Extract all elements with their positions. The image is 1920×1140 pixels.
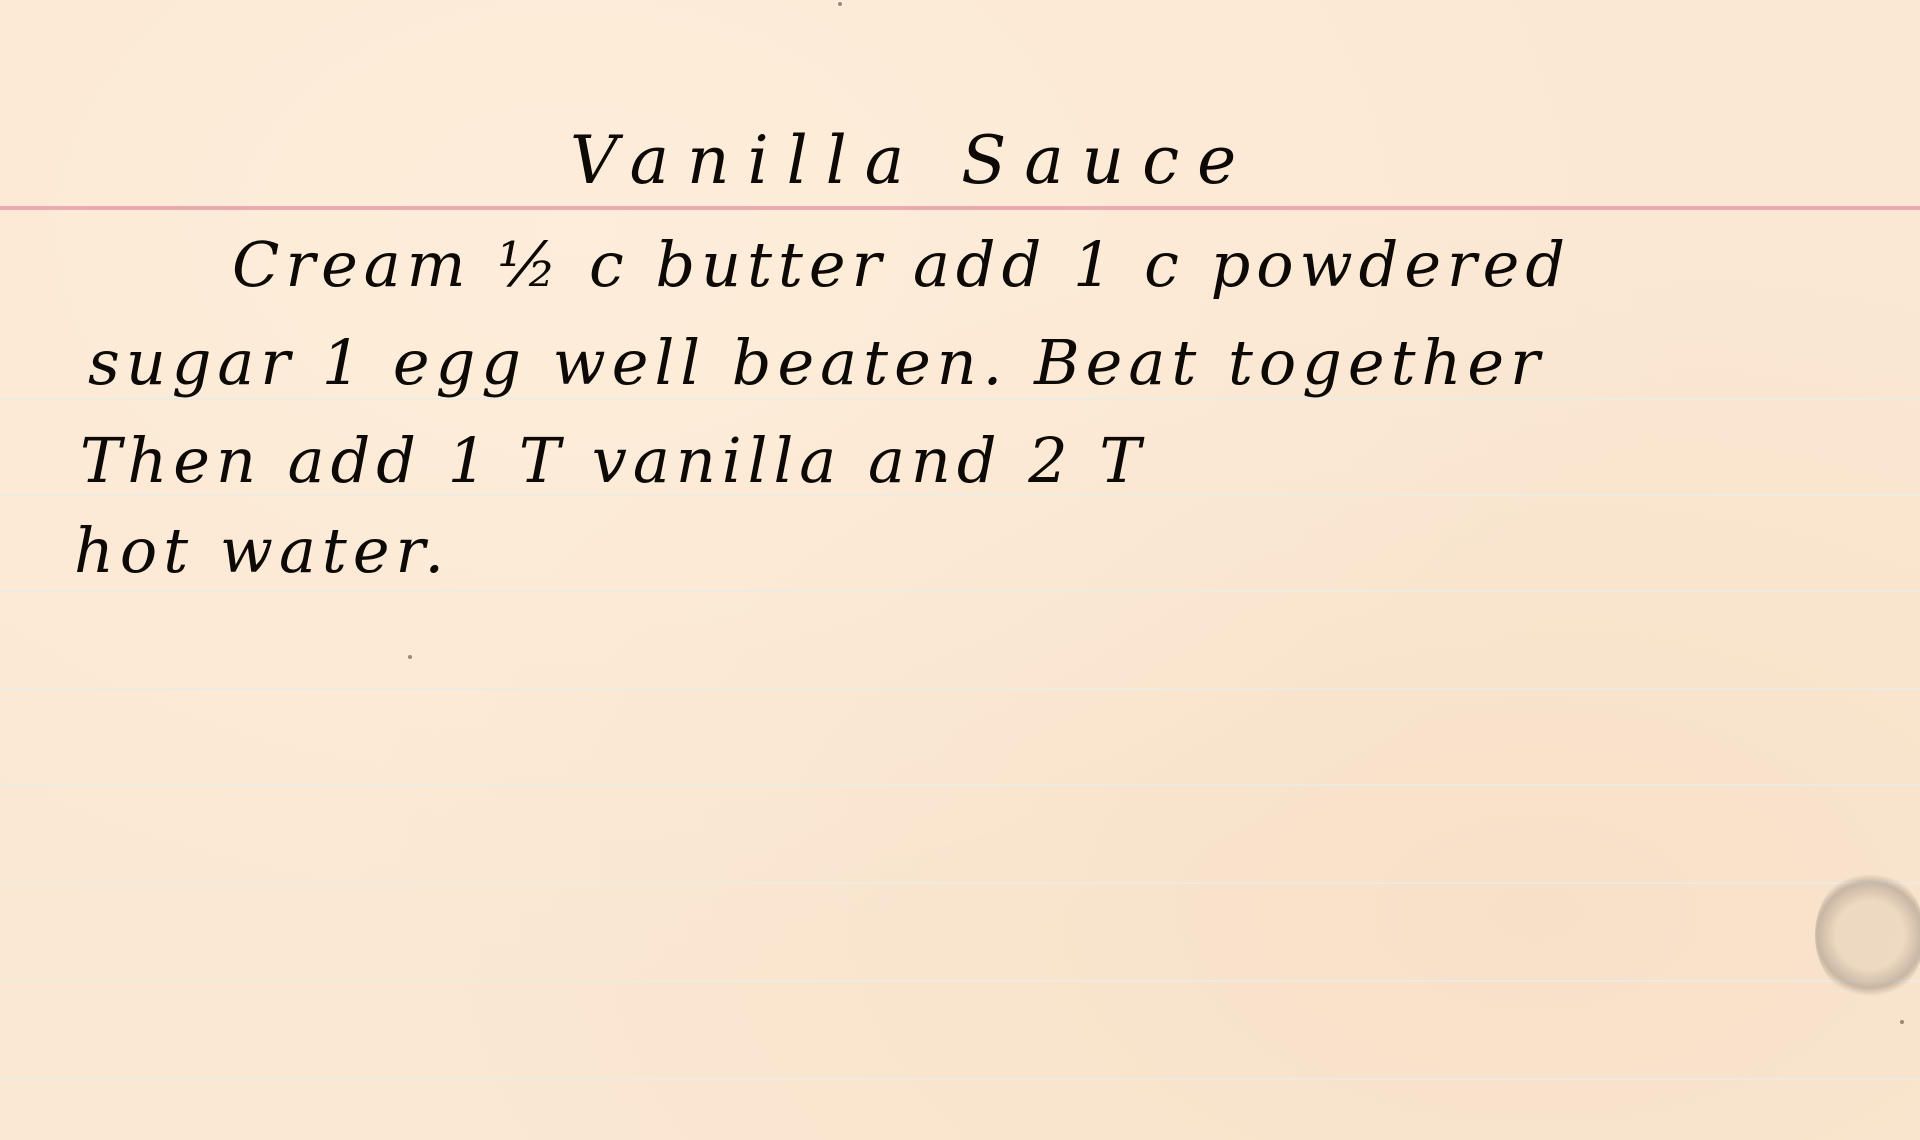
ruled-line (0, 1078, 1920, 1080)
recipe-line-2: sugar 1 egg well beaten. Beat together (88, 326, 1546, 399)
ruled-line (0, 784, 1920, 786)
paper-speck (1900, 1020, 1904, 1024)
paper-speck (838, 2, 842, 6)
paper-speck (408, 655, 412, 659)
recipe-card: Vanilla Sauce Cream ½ c butter add 1 c p… (0, 0, 1920, 1140)
ruled-line (0, 980, 1920, 982)
recipe-line-3: Then add 1 T vanilla and 2 T (80, 424, 1147, 497)
recipe-title: Vanilla Sauce (570, 122, 1254, 199)
ink-smudge (1815, 870, 1920, 1000)
ruled-line (0, 688, 1920, 690)
recipe-line-4: hot water. (74, 514, 450, 587)
header-rule (0, 206, 1920, 210)
ruled-line (0, 882, 1920, 884)
ruled-line (0, 590, 1920, 592)
recipe-line-1: Cream ½ c butter add 1 c powdered (232, 228, 1571, 301)
